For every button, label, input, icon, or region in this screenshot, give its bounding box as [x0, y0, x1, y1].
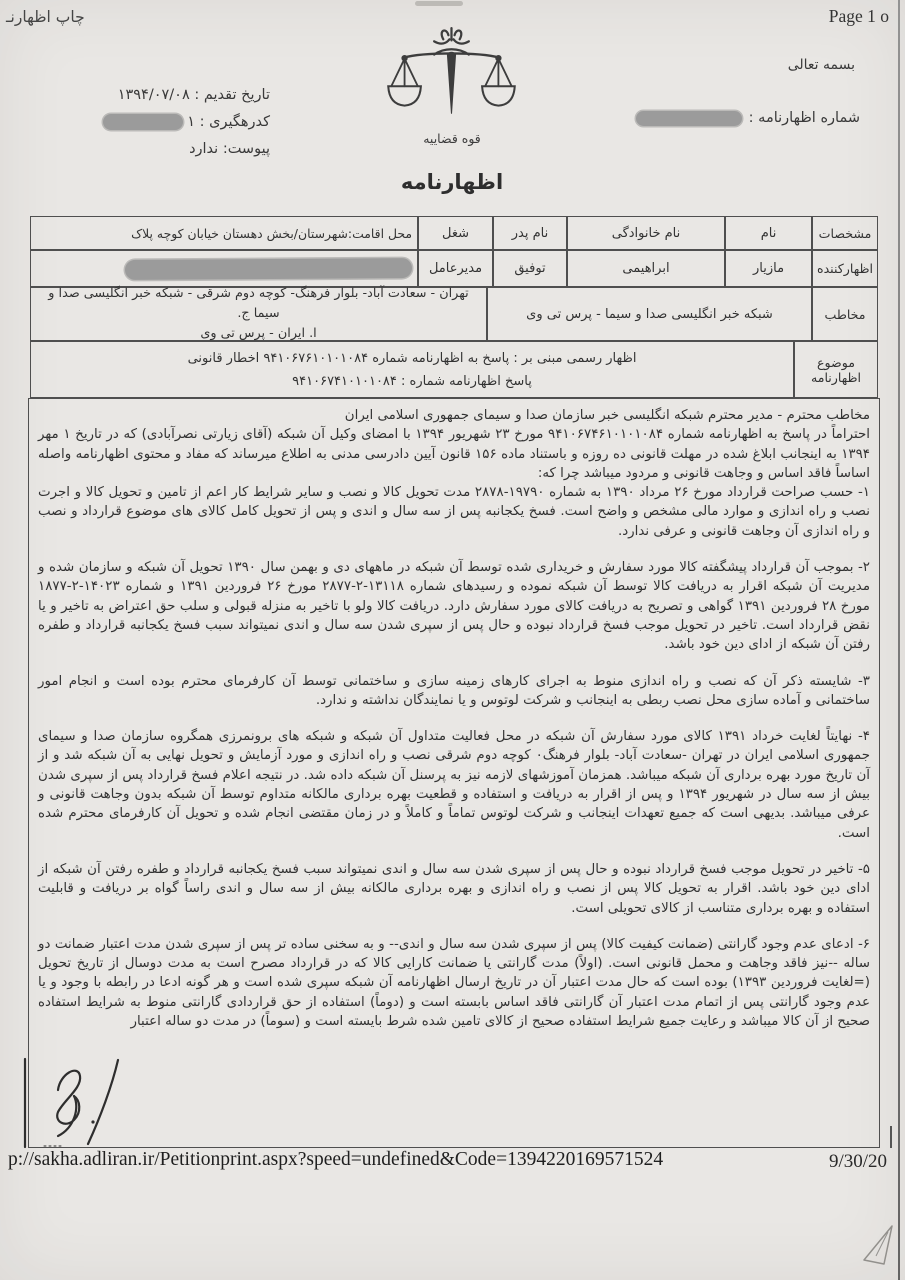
salutation-paragraph: مخاطب محترم - مدیر محترم شبکه انگلیسی خب… [38, 406, 870, 425]
form-title: اظهارنامه [352, 170, 552, 194]
declarant-father-name-cell: توفیق [493, 250, 567, 287]
intro-paragraph: احتراماً در پاسخ به اظهارنامه شماره ۹۴۱۰… [38, 425, 870, 483]
scanned-legal-notice-page: چاپ اظهارنـ Page 1 o بسمه تعالی شماره اظ… [0, 0, 905, 1280]
addressee-address-line1: تهران - سعادت آباد- بلوار فرهنگ- کوچه دو… [36, 284, 481, 324]
scan-tick-mark [890, 1126, 892, 1148]
subject-content-cell: اظهار رسمی مبنی بر : پاسخ به اظهارنامه ش… [30, 341, 794, 398]
submission-date-label: تاریخ تقدیم : [194, 87, 270, 103]
judiciary-label: قوه قضاییه [383, 131, 521, 146]
print-header-label: چاپ اظهارنـ [6, 8, 85, 26]
addressee-row: مخاطب شبکه خبر انگلیسی صدا و سیما - پرس … [30, 287, 878, 341]
page-indicator: Page 1 o [829, 6, 889, 27]
subject-row: موضوع اظهارنامه اظهار رسمی مبنی بر : پاس… [30, 341, 878, 398]
handwritten-signature [14, 1056, 149, 1151]
tracking-code-label: کدرهگیری : [200, 114, 270, 130]
table-header-row: مشخصات نام نام خانوادگی نام پدر شغل محل … [30, 216, 878, 250]
subject-label-cell: موضوع اظهارنامه [794, 341, 878, 398]
corner-fold-artifact [854, 1218, 899, 1268]
name-header-cell: نام [725, 216, 812, 250]
tracking-code-field: کدرهگیری : ۱ [70, 109, 270, 136]
footer-url: p://sakha.adliran.ir/Petitionprint.aspx?… [8, 1149, 663, 1171]
submission-date-value: ۱۳۹۴/۰۷/۰۸ [118, 87, 190, 103]
paragraph-5: ۵- تاخیر در تحویل موجب فسخ قرارداد نبوده… [38, 860, 870, 918]
father-name-header-cell: نام پدر [493, 216, 567, 250]
declarant-last-name-cell: ابراهیمی [567, 250, 725, 287]
last-name-header-cell: نام خانوادگی [567, 216, 725, 250]
scan-smudge [415, 1, 463, 6]
paragraph-2: ۲- بموجب آن قرارداد پیشگفته کالا مورد سف… [38, 558, 870, 654]
paragraph-4: ۴- نهایتاً لغایت خرداد ۱۳۹۱ کالای مورد س… [38, 727, 870, 843]
subject-line1: اظهار رسمی مبنی بر : پاسخ به اظهارنامه ش… [188, 347, 637, 370]
addressee-label-cell: مخاطب [812, 287, 878, 341]
paragraph-3: ۳- شایسته ذکر آن که نصب و راه اندازی منو… [38, 672, 870, 711]
attachment-label: پیوست: [223, 141, 270, 157]
residence-header-cell: محل اقامت:شهرستان/بخش دهستان خیابان کوچه… [30, 216, 418, 250]
redacted-tracking-code [103, 114, 183, 130]
judiciary-scales-icon [383, 24, 521, 126]
attachment-field: پیوست: ندارد [70, 136, 270, 163]
scan-edge-line [898, 0, 901, 1280]
redacted-declaration-number [636, 111, 742, 126]
submission-date-field: تاریخ تقدیم : ۱۳۹۴/۰۷/۰۸ [70, 82, 270, 109]
declaration-number-label: شماره اظهارنامه : [749, 110, 860, 126]
subject-line2: پاسخ اظهارنامه شماره : ۹۴۱۰۶۷۴۱۰۱۰۱۰۸۴ [292, 370, 532, 393]
declarant-name-cell: مازیار [725, 250, 812, 287]
paragraph-1: ۱- حسب صراحت قرارداد مورخ ۲۶ مرداد ۱۳۹۰ … [38, 483, 870, 541]
declarant-job-cell: مدیرعامل [418, 250, 493, 287]
tracking-code-digit: ۱ [187, 114, 195, 130]
attachment-value: ندارد [189, 141, 218, 157]
specs-header-cell: مشخصات [812, 216, 878, 250]
declaration-body: مخاطب محترم - مدیر محترم شبکه انگلیسی خب… [28, 398, 880, 1148]
addressee-name-cell: شبکه خبر انگلیسی صدا و سیما - پرس تی وی [487, 287, 812, 341]
identification-table: مشخصات نام نام خانوادگی نام پدر شغل محل … [30, 216, 878, 398]
declarant-address-cell [30, 250, 418, 287]
footer-date: 9/30/20 [829, 1151, 887, 1173]
submission-fields: تاریخ تقدیم : ۱۳۹۴/۰۷/۰۸ کدرهگیری : ۱ پی… [70, 82, 270, 163]
addressee-address-cell: تهران - سعادت آباد- بلوار فرهنگ- کوچه دو… [30, 287, 487, 341]
declarant-label-cell: اظهارکننده [812, 250, 878, 287]
bismillah-text: بسمه تعالی [788, 57, 855, 73]
declarant-row: اظهارکننده مازیار ابراهیمی توفیق مدیرعام… [30, 250, 878, 287]
declaration-number-field: شماره اظهارنامه : [636, 110, 860, 126]
paragraph-6: ۶- ادعای عدم وجود گارانتی (ضمانت کیفیت ک… [38, 935, 870, 1031]
job-header-cell: شغل [418, 216, 493, 250]
redacted-declarant-address [125, 257, 412, 279]
